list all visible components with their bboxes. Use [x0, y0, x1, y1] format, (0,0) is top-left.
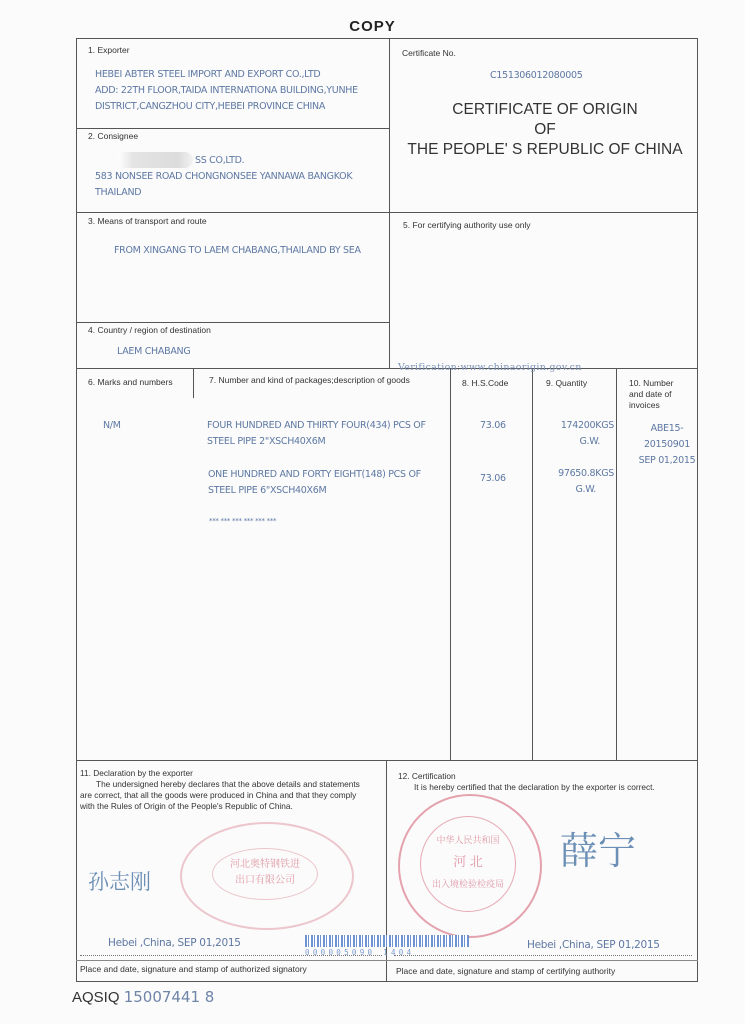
consignee-line: 583 NONSEE ROAD CHONGNONSEE YANNAWA BANG… [95, 169, 352, 185]
consignee-label: 2. Consignee [88, 131, 138, 141]
divider [616, 368, 617, 760]
aqsiq-number: AQSIQ 15007441 8 [72, 988, 214, 1006]
divider [76, 760, 698, 761]
exporter-company-stamp: 河北奥特钢铁进 出口有限公司 [180, 822, 354, 930]
invoice-date: SEP 01,2015 [628, 453, 706, 469]
description-line: ONE HUNDRED AND FORTY EIGHT(148) PCS OF [208, 467, 421, 483]
hs-code-1: 73.06 [480, 418, 506, 434]
exporter-place-date: Hebei ,China, SEP 01,2015 [108, 935, 241, 951]
quantity-1: 174200KGS G.W. [540, 418, 614, 450]
invoice-value: ABE15-20150901 SEP 01,2015 [628, 421, 706, 469]
divider [450, 368, 451, 760]
description-line: FOUR HUNDRED AND THIRTY FOUR(434) PCS OF [207, 418, 426, 434]
title-line: OF [390, 121, 700, 139]
certifying-authority-stamp: 中华人民共和国 河 北 出入境检验检疫局 [398, 794, 542, 938]
stamp-inner-line: 河北奥特钢铁进 [213, 857, 317, 873]
quantity-line: 97650.8KGS [540, 466, 614, 482]
divider [76, 368, 698, 369]
description-line: STEEL PIPE 6"XSCH40X6M [208, 483, 421, 499]
divider [76, 960, 698, 961]
transport-label: 3. Means of transport and route [88, 216, 207, 226]
divider [76, 322, 389, 323]
certification-label: 12. Certification [398, 771, 698, 782]
exporter-line: HEBEI ABTER STEEL IMPORT AND EXPORT CO.,… [95, 67, 358, 83]
stamp-inner-line: 出口有限公司 [213, 873, 317, 889]
stamp-inner-line: 河 北 [421, 851, 515, 873]
divider [389, 38, 390, 368]
aqsiq-label: AQSIQ [72, 989, 120, 1006]
consignee-line: THAILAND [95, 185, 352, 201]
hs-code-header: 8. H.S.Code [462, 378, 508, 388]
transport-value: FROM XINGANG TO LAEM CHABANG,THAILAND BY… [114, 243, 361, 259]
divider [532, 368, 533, 760]
stamp-inner-line: 中华人民共和国 [421, 829, 515, 851]
authority-label: 5. For certifying authority use only [403, 220, 531, 230]
divider [76, 212, 698, 213]
quantity-header: 9. Quantity [546, 378, 587, 388]
consignee-address: 583 NONSEE ROAD CHONGNONSEE YANNAWA BANG… [95, 169, 352, 201]
stamp-inner-line: 出入境检验检疫局 [421, 873, 515, 895]
barcode [305, 935, 469, 947]
title-line: CERTIFICATE OF ORIGIN [390, 99, 700, 121]
copy-heading: COPY [0, 18, 745, 35]
certifier-signature: 薛宁 [560, 820, 636, 875]
goods-description-2: ONE HUNDRED AND FORTY EIGHT(148) PCS OF … [208, 467, 421, 499]
quantity-line: G.W. [540, 482, 614, 498]
certificate-no-value: C151306012080005 [490, 68, 583, 84]
exporter-label: 1. Exporter [88, 45, 130, 55]
declaration-section: 11. Declaration by the exporter The unde… [80, 768, 385, 812]
hs-code-2: 73.06 [480, 471, 506, 487]
quantity-line: 174200KGS [540, 418, 614, 434]
invoice-header-line: 10. Number [629, 378, 673, 389]
declaration-text-line: The undersigned hereby declares that the… [80, 779, 385, 790]
certification-text: It is hereby certified that the declarat… [398, 782, 698, 793]
barcode-number: 000005090 1404 [305, 948, 469, 957]
exporter-line: ADD: 22TH FLOOR,TAIDA INTERNATIONA BUILD… [95, 83, 358, 99]
title-line: THE PEOPLE' S REPUBLIC OF CHINA [390, 139, 700, 161]
consignee-name: SS CO,LTD. [195, 153, 244, 169]
divider [76, 128, 389, 129]
destination-value: LAEM CHABANG [117, 344, 190, 360]
quantity-2: 97650.8KGS G.W. [540, 466, 614, 498]
marks-header: 6. Marks and numbers [88, 377, 173, 387]
exporter-footer: Place and date, signature and stamp of a… [80, 964, 307, 974]
description-header: 7. Number and kind of packages;descripti… [209, 375, 410, 385]
marks-value: N/M [103, 418, 121, 434]
quantity-line: G.W. [540, 434, 614, 450]
invoice-number: ABE15-20150901 [628, 421, 706, 453]
exporter-signature: 孙志刚 [88, 866, 151, 896]
certifier-footer: Place and date, signature and stamp of c… [396, 966, 615, 976]
certifier-place-date: Hebei ,China, SEP 01,2015 [527, 937, 660, 953]
certificate-no-label: Certificate No. [402, 48, 456, 58]
invoice-header: 10. Number and date of invoices [629, 378, 673, 411]
destination-label: 4. Country / region of destination [88, 325, 211, 335]
declaration-text-line: with the Rules of Origin of the People's… [80, 801, 385, 812]
divider [193, 368, 194, 398]
exporter-line: DISTRICT,CANGZHOU CITY,HEBEI PROVINCE CH… [95, 99, 358, 115]
certificate-title: CERTIFICATE OF ORIGIN OF THE PEOPLE' S R… [390, 99, 700, 161]
description-line: STEEL PIPE 2"XSCH40X6M [207, 434, 426, 450]
declaration-label: 11. Declaration by the exporter [80, 768, 385, 779]
aqsiq-value: 15007441 8 [124, 988, 215, 1006]
exporter-details: HEBEI ABTER STEEL IMPORT AND EXPORT CO.,… [95, 67, 358, 115]
verification-url: Verification:www.chinaorigin.gov.cn [398, 362, 582, 373]
end-marker: *** *** *** *** *** *** [209, 513, 276, 529]
redacted-name [118, 152, 193, 168]
invoice-header-line: invoices [629, 400, 673, 411]
certification-section: 12. Certification It is hereby certified… [398, 771, 698, 793]
invoice-header-line: and date of [629, 389, 673, 400]
goods-description-1: FOUR HUNDRED AND THIRTY FOUR(434) PCS OF… [207, 418, 426, 450]
declaration-text-line: are correct, that all the goods were pro… [80, 790, 385, 801]
